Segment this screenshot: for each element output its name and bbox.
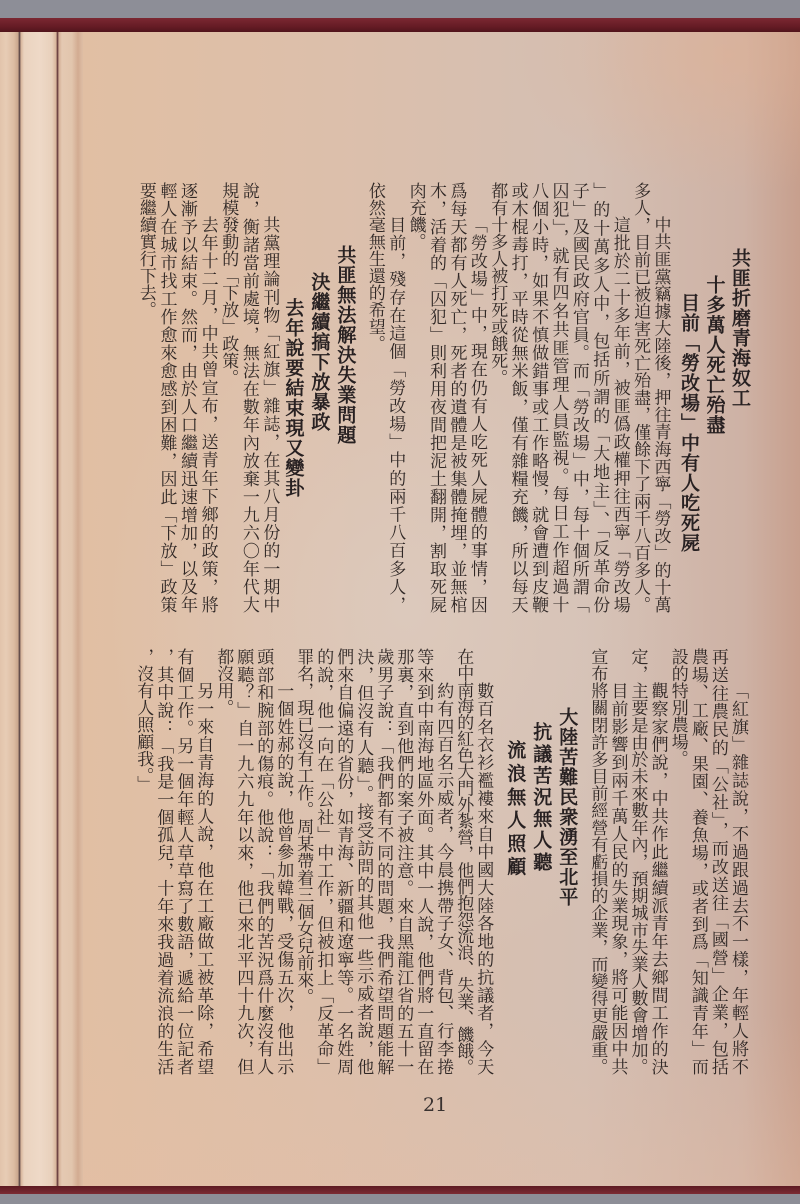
- text-line: 多人，目前已被迫害死亡殆盡，僅餘下了兩千八百多人。: [630, 182, 650, 613]
- headline-line: 去年說要結束現又變卦: [280, 182, 306, 613]
- text-line: 共黨理論刊物「紅旗」雜誌，在其八月份的一期中: [259, 182, 280, 613]
- paragraph: 中共匪黨竊據大陸後，押往青海西寧「勞改」的十萬 多人，目前已被迫害死亡殆盡，僅餘…: [630, 182, 671, 613]
- text-line: 一個姓郝的說，他曾參加韓戰，受傷五次，他出示: [273, 648, 293, 1075]
- text-line: 輕人在城市找工作愈來愈感到困難，因此「下放」政策: [156, 182, 177, 613]
- headline-line: 大陸苦難民衆湧至北平: [554, 648, 580, 1075]
- article-body-unemployment-part2: 「紅旗」雜誌說，不過跟過去不一樣，年輕人將不 再送往農民的「公社」，而改送往「國…: [587, 648, 748, 1075]
- text-line: 願聽？」自一九六九年以來，他已來北平四十九次，但: [233, 648, 253, 1075]
- text-line: 都有十多人被打死或餓死。: [487, 182, 507, 613]
- text-line: 「勞改場」中，現在仍有人吃死人屍體的事情，因: [466, 182, 486, 613]
- upper-text-block: 共匪折磨青海奴工 十多萬人死亡殆盡 目前「勞改場」中有人吃死屍 中共匪黨竊據大陸…: [135, 182, 752, 613]
- text-line: 有個工作。另一個年輕人草草寫了數語，遞給一位記者: [173, 648, 193, 1075]
- text-line: 罪名，現已沒有工作。周某帶着三個女兒前來。: [293, 648, 313, 1075]
- text-line: 囚犯」，就有四名共匪管理人員監視。每日工作超過十: [548, 182, 568, 613]
- paragraph: 共黨理論刊物「紅旗」雜誌，在其八月份的一期中 說，衡諸當前處境，無法在數年內放棄…: [218, 182, 280, 613]
- text-line: 要繼續實行下去。: [135, 182, 156, 613]
- paragraph: 觀察家們說，中共作此繼續派青年去鄉間工作的決 定，主要是由於未來數年內，預期城市…: [627, 648, 667, 1075]
- article-body-unemployment-part1: 共黨理論刊物「紅旗」雜誌，在其八月份的一期中 說，衡諸當前處境，無法在數年內放棄…: [135, 182, 279, 613]
- paragraph: 數百名衣衫襤褸來自中國大陸各地的抗議者，今天 在中南海的紅色大門外紮營，他們抱怨…: [453, 648, 493, 1075]
- book-cover-edge-top: [0, 18, 800, 33]
- headline-qinghai-labor-camp: 共匪折磨青海奴工 十多萬人死亡殆盡 目前「勞改場」中有人吃死屍: [676, 182, 753, 613]
- text-line: ，沒有人照顧我。」: [133, 648, 153, 1075]
- text-line: 在中南海的紅色大門外紮營，他們抱怨流浪、失業、饑餓。: [453, 648, 473, 1075]
- book-cover-edge-bottom: [0, 1186, 800, 1194]
- text-line: 觀察家們說，中共作此繼續派青年去鄉間工作的決: [648, 648, 668, 1075]
- text-line: 宣布將關閉許多目前經營有虧損的企業，而變得更嚴重。: [587, 648, 607, 1075]
- paragraph: 約有四百名示威者，今晨携帶子女、背包、行李捲 等來到中南海地區外面。其中一人說，…: [293, 648, 453, 1075]
- paragraph: 去年十二月，中共曾宣布，送青年下鄉的政策，將 逐漸予以結束。然而，由於人口繼續迅…: [135, 182, 217, 613]
- text-line: 目前，殘存在這個「勞改場」中的兩千八百多人，: [385, 182, 405, 613]
- text-line: 另一來自青海的人說，他在工廠做工被革除，希望: [193, 648, 213, 1075]
- paragraph: 這批於二十多年前，被匪僞政權押往西寧「勞改場 」的十萬多人中，包括所謂的「大地主…: [487, 182, 630, 613]
- lower-text-block: 「紅旗」雜誌說，不過跟過去不一樣，年輕人將不 再送往農民的「公社」，而改送往「國…: [133, 648, 748, 1075]
- text-line: 的說，他一向在「公社」中工作，但被扣上「反革命」: [313, 648, 333, 1075]
- text-line: 定，主要是由於未來數年內，預期城市失業人數會增加。: [627, 648, 647, 1075]
- text-line: 那裏，直到他們的案子被注意。來自黑龍江省的五十一: [393, 648, 413, 1075]
- text-line: 再送往農民的「公社」，而改送往「國營」企業，包括: [708, 648, 728, 1075]
- article-body-petitioners: 數百名衣衫襤褸來自中國大陸各地的抗議者，今天 在中南海的紅色大門外紮營，他們抱怨…: [133, 648, 493, 1075]
- text-line: 決，但沒有人聽」。接受訪問的其他一些示威者說，他: [353, 648, 373, 1075]
- headline-petitioners-beiping: 大陸苦難民衆湧至北平 抗議苦況無人聽 流浪無人照顧: [502, 648, 580, 1075]
- paragraph: 「紅旗」雜誌說，不過跟過去不一樣，年輕人將不 再送往農民的「公社」，而改送往「國…: [668, 648, 748, 1075]
- text-line: 「紅旗」雜誌說，不過跟過去不一樣，年輕人將不: [728, 648, 748, 1075]
- text-line: 歲男子說：「我們都有不同的問題，我們希望問題能解: [373, 648, 393, 1075]
- text-line: 農場、工廠、果園、養魚場，或者到爲「知識青年」而: [688, 648, 708, 1075]
- text-line: 都沒用。: [213, 648, 233, 1075]
- text-line: 逐漸予以結束。然而，由於人口繼續迅速增加，以及年: [176, 182, 197, 613]
- paragraph: 一個姓郝的說，他曾參加韓戰，受傷五次，他出示 頭部和腕部的傷痕。他說：「我們的苦…: [213, 648, 293, 1075]
- text-line: 等來到中南海地區外面。其中一人說，他們將一直留在: [413, 648, 433, 1075]
- text-line: 數百名衣衫襤褸來自中國大陸各地的抗議者，今天: [473, 648, 493, 1075]
- text-line: ，其中說：「我是一個孤兒，十年來我過着流浪的生活: [153, 648, 173, 1075]
- text-line: 或木棍毒打，平時從無米飯，僅有雜糧充饑，所以每天: [507, 182, 527, 613]
- paragraph: 目前影響到兩千萬人民的失業現象，將可能因中共 宣布將關閉許多目前經營有虧損的企業…: [587, 648, 627, 1075]
- headline-line: 流浪無人照顧: [502, 648, 528, 1075]
- text-line: 目前影響到兩千萬人民的失業現象，將可能因中共: [607, 648, 627, 1075]
- text-line: 規模發動的「下放」政策。: [218, 182, 239, 613]
- headline-line: 共匪無法解決失業問題: [332, 182, 358, 613]
- text-line: 木，活着的「囚犯」則利用夜間把泥土翻開，割取死屍: [426, 182, 446, 613]
- headline-line: 抗議苦況無人聽: [528, 648, 554, 1075]
- text-line: 爲每天都有人死亡，死者的遺體是被集體掩埋，並無棺: [446, 182, 466, 613]
- text-line: 這批於二十多年前，被匪僞政權押往西寧「勞改場: [609, 182, 629, 613]
- headline-unemployment: 共匪無法解決失業問題 決繼續搞下放暴政 去年說要結束現又變卦: [280, 182, 358, 613]
- text-line: 約有四百名示威者，今晨携帶子女、背包、行李捲: [433, 648, 453, 1075]
- text-line: 」的十萬多人中，包括所謂的「大地主」、「反革命份: [589, 182, 609, 613]
- text-line: 子」及國民政府官員。而「勞改場」中，每十個所謂「: [568, 182, 588, 613]
- text-line: 說，衡諸當前處境，無法在數年內放棄一九六〇年代大: [238, 182, 259, 613]
- text-line: 頭部和腕部的傷痕。他說：「我們的苦況爲什麼沒有人: [253, 648, 273, 1075]
- text-line: 設的特別農場。: [668, 648, 688, 1075]
- paragraph: 目前，殘存在這個「勞改場」中的兩千八百多人， 依然毫無生還的希望。: [364, 182, 405, 613]
- text-line: 八個小時，如果不慎做錯事或工作略慢，就會遭到皮鞭: [528, 182, 548, 613]
- headline-line: 共匪折磨青海奴工: [727, 182, 753, 613]
- page-stack-edge: [0, 32, 84, 1187]
- headline-line: 十多萬人死亡殆盡: [701, 182, 727, 613]
- text-line: 依然毫無生還的希望。: [364, 182, 384, 613]
- headline-line: 目前「勞改場」中有人吃死屍: [676, 182, 702, 613]
- text-line: 們來自偏遠的省份，如青海、新疆和遼寧等。一名姓周: [333, 648, 353, 1075]
- text-line: 去年十二月，中共曾宣布，送青年下鄉的政策，將: [197, 182, 218, 613]
- text-line: 中共匪黨竊據大陸後，押往青海西寧「勞改」的十萬: [650, 182, 670, 613]
- text-line: 肉充饑。: [405, 182, 425, 613]
- page-number: 21: [423, 1094, 447, 1116]
- paragraph: 「勞改場」中，現在仍有人吃死人屍體的事情，因 爲每天都有人死亡，死者的遺體是被集…: [405, 182, 487, 613]
- paragraph: 另一來自青海的人說，他在工廠做工被革除，希望 有個工作。另一個年輕人草草寫了數語…: [133, 648, 213, 1075]
- headline-line: 決繼續搞下放暴政: [306, 182, 332, 613]
- article-body-labor-camp: 中共匪黨竊據大陸後，押往青海西寧「勞改」的十萬 多人，目前已被迫害死亡殆盡，僅餘…: [364, 182, 670, 613]
